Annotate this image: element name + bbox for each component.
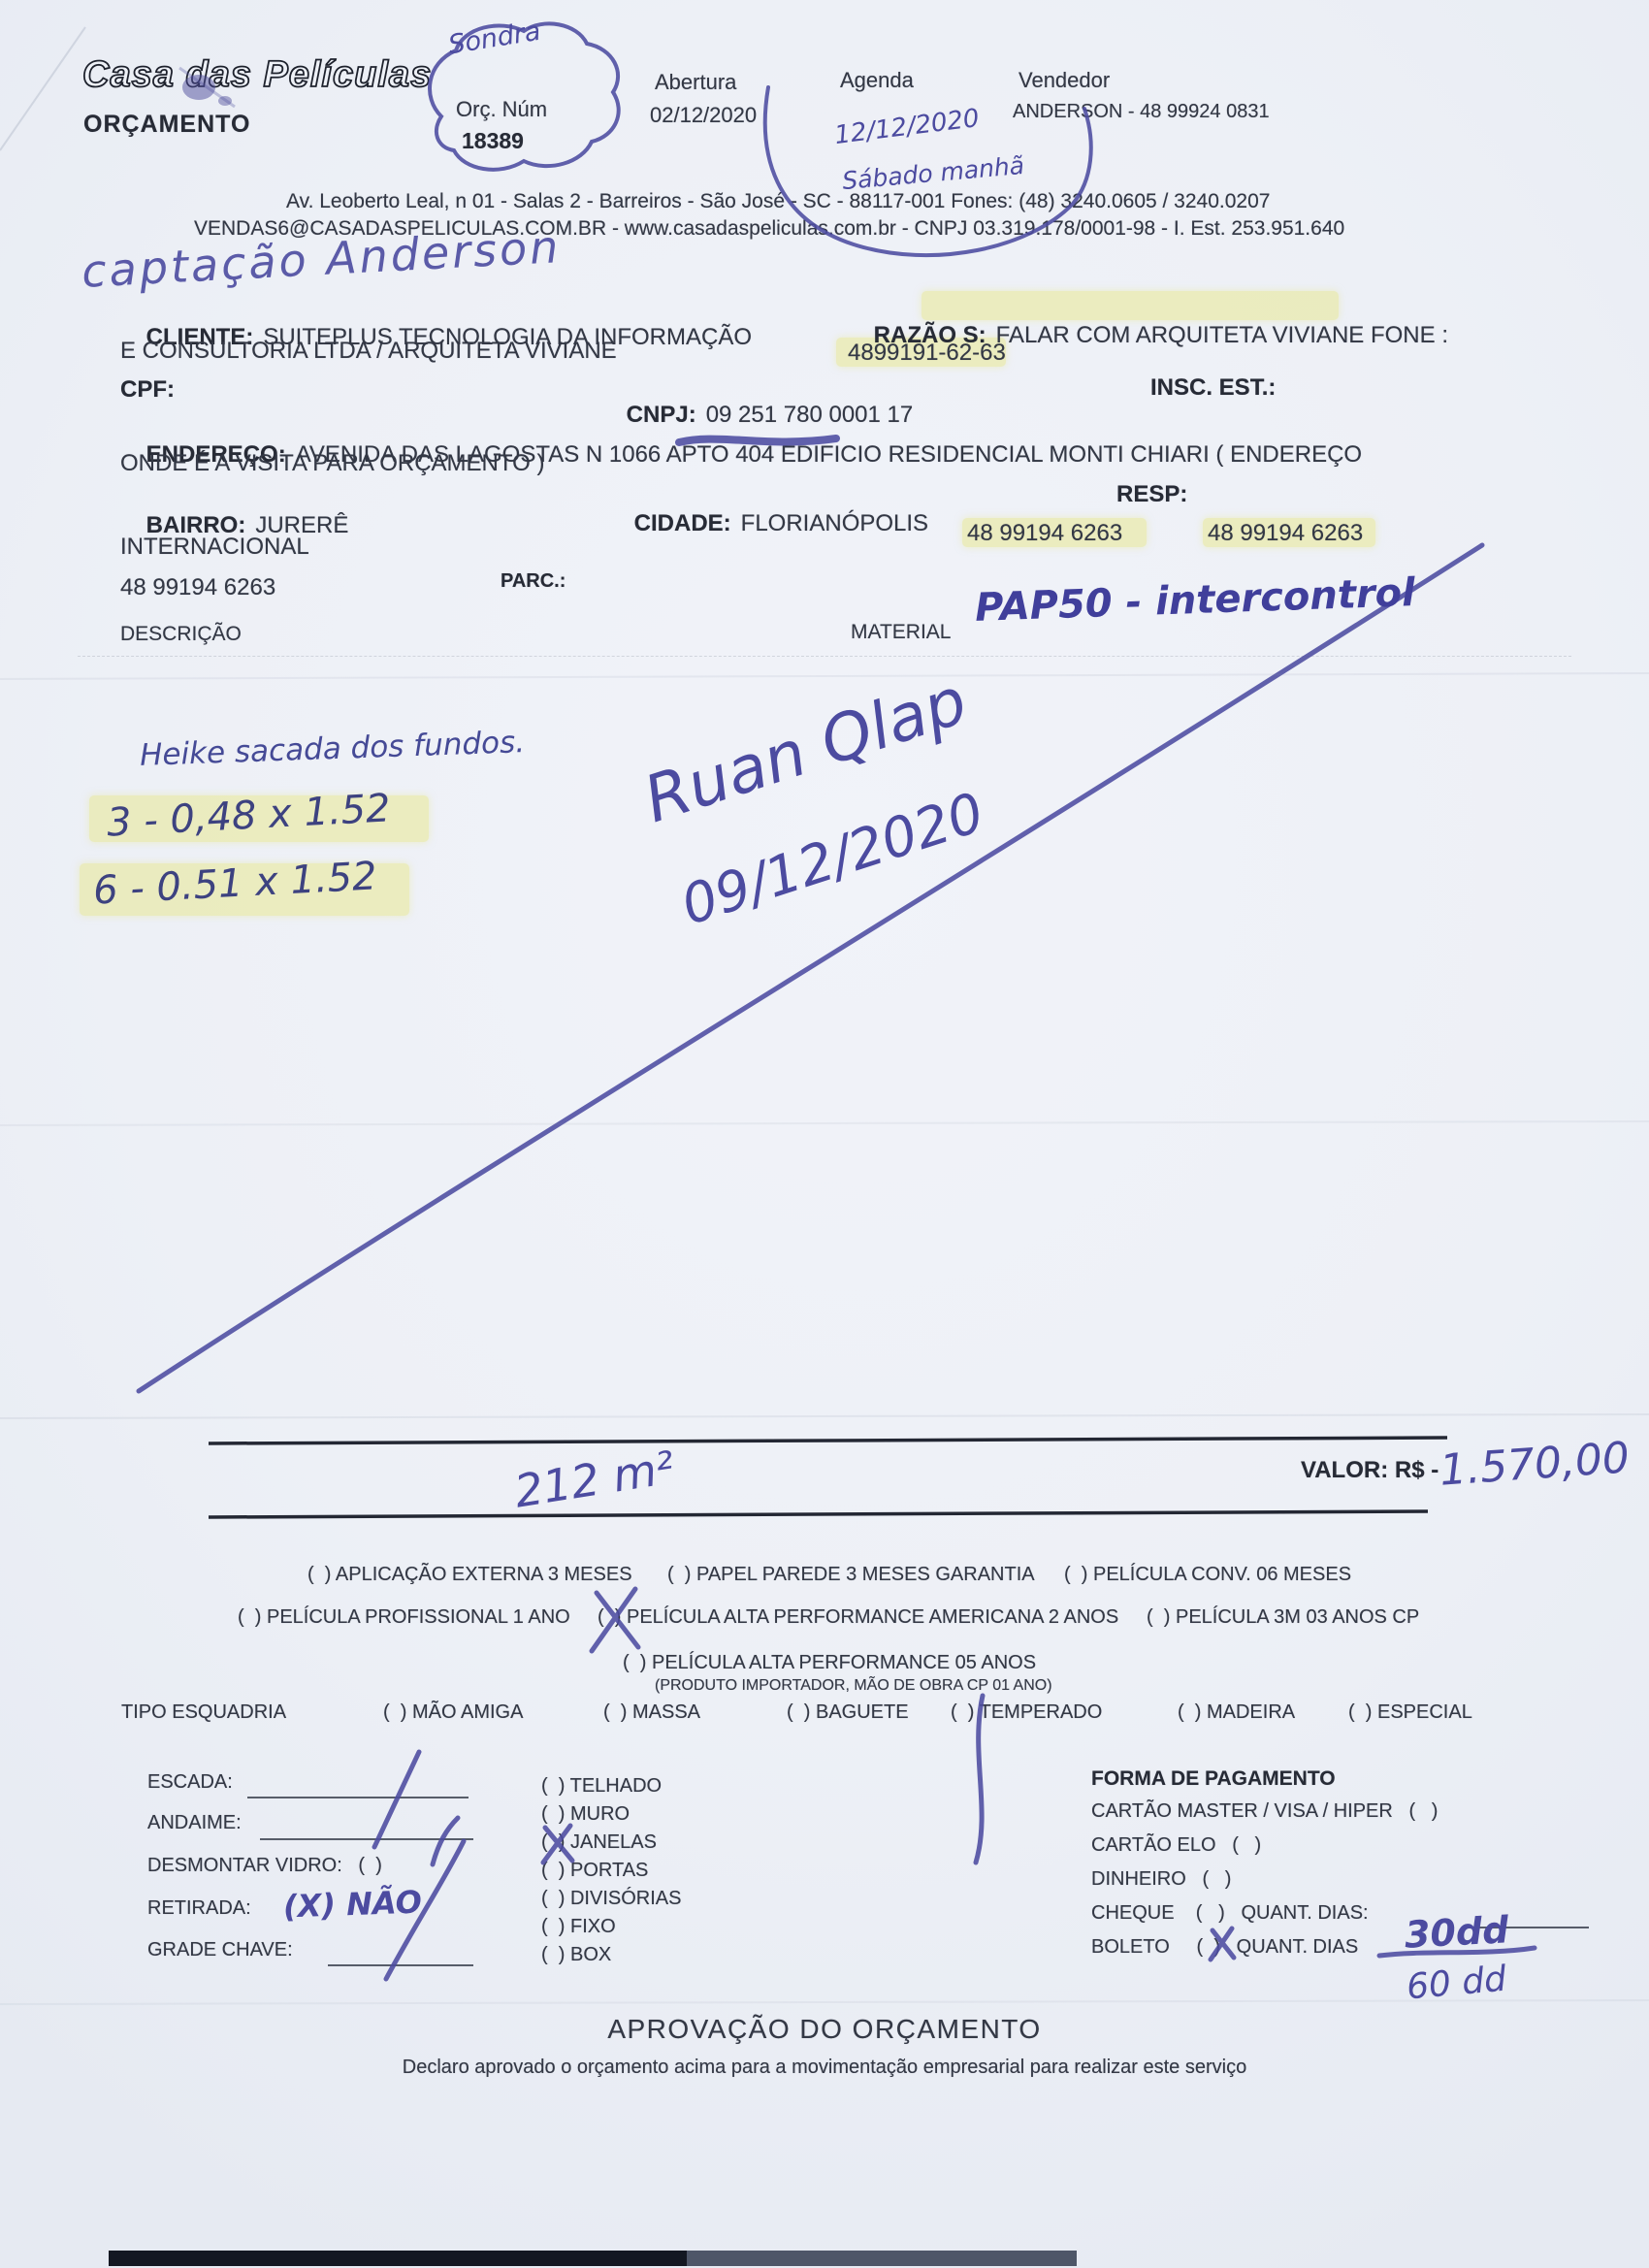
- payment-title: FORMA DE PAGAMENTO: [1091, 1767, 1336, 1791]
- retirada-field: RETIRADA:: [147, 1897, 251, 1920]
- warranty-option-pelicula-conv: ( ) PELÍCULA CONV. 06 MESES: [1064, 1564, 1351, 1586]
- bairro-phone: 48 99194 6263: [120, 574, 275, 601]
- scan-edge-bar-dark: [109, 2251, 687, 2266]
- company-address: Av. Leoberto Leal, n 01 - Salas 2 - Barr…: [286, 190, 1270, 213]
- scan-edge-bar-light: [687, 2251, 1077, 2266]
- valor-rule-bottom: [209, 1511, 1428, 1517]
- company-logo: Casa das Películas: [82, 54, 432, 96]
- material-label: MATERIAL: [851, 621, 951, 644]
- checkbox-portas: ( ) PORTAS: [541, 1860, 648, 1882]
- abertura-label: Abertura: [655, 70, 736, 95]
- tipo-option-mao-amiga: ( ) MÃO AMIGA: [383, 1701, 523, 1724]
- tipo-option-madeira: ( ) MADEIRA: [1178, 1701, 1295, 1724]
- endereco-value-line2: ONDE É A VISITA PARA ORÇAMENTO ): [120, 450, 544, 477]
- valor-rule-top: [209, 1438, 1447, 1443]
- checkbox-muro: ( ) MURO: [541, 1803, 630, 1826]
- desmontar-check-stroke: [433, 1818, 458, 1864]
- vendedor-label: Vendedor: [1018, 68, 1110, 93]
- descricao-label: DESCRIÇÃO: [120, 623, 242, 646]
- resp-label: RESP:: [1116, 481, 1187, 508]
- andaime-field: ANDAIME:: [147, 1812, 242, 1834]
- parc-label: PARC.:: [501, 570, 566, 593]
- tipo-esquadria-label: TIPO ESQUADRIA: [121, 1701, 286, 1724]
- checkbox-divisorias: ( ) DIVISÓRIAS: [541, 1888, 681, 1910]
- valor-label: VALOR: R$ -: [1301, 1457, 1439, 1484]
- handwritten-area: 212 m²: [511, 1441, 678, 1517]
- warranty-option-alta-performance-05: ( ) PELÍCULA ALTA PERFORMANCE 05 ANOS: [623, 1652, 1036, 1674]
- handwritten-agenda-date: 12/12/2020: [833, 104, 981, 150]
- handwritten-valor: 1.570,00: [1438, 1433, 1631, 1496]
- tipo-option-massa: ( ) MASSA: [603, 1701, 700, 1724]
- cidade-value: FLORIANÓPOLIS: [741, 510, 928, 536]
- payment-cartao-master: CARTÃO MASTER / VISA / HIPER ( ): [1091, 1800, 1438, 1823]
- checkbox-box: ( ) BOX: [541, 1944, 611, 1966]
- cpf-label: CPF:: [120, 376, 175, 404]
- tipo-option-baguete: ( ) BAGUETE: [787, 1701, 909, 1724]
- handwritten-retirada-answer: (X) NÃO: [282, 1884, 422, 1926]
- vendedor-value: ANDERSON - 48 99924 0831: [1013, 101, 1270, 123]
- approval-title: APROVAÇÃO DO ORÇAMENTO: [0, 2014, 1649, 2045]
- handwritten-captacao: captação Anderson: [81, 220, 563, 298]
- order-number-value: 18389: [462, 128, 524, 154]
- approval-text: Declaro aprovado o orçamento acima para …: [0, 2057, 1649, 2079]
- andaime-underline: [260, 1838, 473, 1840]
- escada-underline: [247, 1797, 469, 1798]
- tipo-option-especial: ( ) ESPECIAL: [1348, 1701, 1472, 1724]
- escada-slash-stroke: [374, 1752, 419, 1847]
- handwritten-boleto-days: 30dd: [1404, 1908, 1509, 1957]
- valor-rules: [209, 1438, 1447, 1517]
- handwritten-name-cloud: Sondra: [446, 16, 542, 61]
- razao-value: FALAR COM ARQUITETA VIVIANE FONE :: [996, 322, 1448, 348]
- warranty-option-aplicacao-externa: ( ) APLICAÇÃO EXTERNA 3 MESES: [307, 1564, 632, 1586]
- cidade-row: CIDADE:FLORIANÓPOLIS: [608, 483, 928, 565]
- scanned-budget-form: Casa das Películas ORÇAMENTO Sondra Orç.…: [0, 0, 1649, 2268]
- escada-field: ESCADA:: [147, 1771, 233, 1794]
- handwritten-agenda-period: Sábado manhã: [841, 151, 1025, 195]
- warranty-option-papel-parede: ( ) PAPEL PAREDE 3 MESES GARANTIA: [667, 1564, 1035, 1586]
- bairro-value-line2: INTERNACIONAL: [120, 534, 309, 561]
- desmontar-vidro-field: DESMONTAR VIDRO: ( ): [147, 1855, 382, 1877]
- handwritten-material: PAP50 - intercontrol: [974, 570, 1415, 631]
- insc-est-label: INSC. EST.:: [1150, 374, 1276, 402]
- checkbox-janelas: ( ) JANELAS: [541, 1831, 657, 1854]
- checkbox-fixo: ( ) FIXO: [541, 1916, 616, 1938]
- handwritten-note-title: Heike sacada dos fundos.: [139, 725, 525, 773]
- cidade-label: CIDADE:: [634, 510, 731, 536]
- grade-chave-underline: [328, 1964, 473, 1966]
- grade-chave-field: GRADE CHAVE:: [147, 1939, 293, 1961]
- payment-cartao-elo: CARTÃO ELO ( ): [1091, 1834, 1261, 1857]
- tipo-option-temperado: ( ) TEMPERADO: [951, 1701, 1102, 1724]
- warranty-option-05-subtext: (PRODUTO IMPORTADOR, MÃO DE OBRA CP 01 A…: [655, 1677, 1052, 1695]
- abertura-date: 02/12/2020: [650, 103, 757, 128]
- razao-phone: 4899191-62-63: [848, 340, 1006, 367]
- long-diagonal-stroke: [139, 545, 1482, 1391]
- payment-cheque: CHEQUE ( ) QUANT. DIAS:: [1091, 1902, 1369, 1925]
- payment-boleto: BOLETO ( ) QUANT. DIAS: [1091, 1936, 1358, 1959]
- warranty-option-alta-performance-americana: ( ) PELÍCULA ALTA PERFORMANCE AMERICANA …: [598, 1606, 1118, 1629]
- cliente-value-line2: E CONSULTORIA LTDA / ARQUITETA VIVIANE: [120, 338, 617, 365]
- agenda-label: Agenda: [840, 68, 914, 93]
- warranty-option-profissional: ( ) PELÍCULA PROFISSIONAL 1 ANO: [238, 1606, 570, 1629]
- handwritten-boleto-days2: 60 dd: [1405, 1960, 1507, 2008]
- resp-phone1: 48 99194 6263: [967, 520, 1122, 547]
- doc-type-title: ORÇAMENTO: [83, 111, 250, 139]
- resp-phone2: 48 99194 6263: [1208, 520, 1363, 547]
- order-number-label: Orç. Núm: [456, 97, 547, 122]
- descricao-separator: [78, 656, 1571, 657]
- checkbox-telhado: ( ) TELHADO: [541, 1775, 662, 1798]
- warranty-option-3m: ( ) PELÍCULA 3M 03 ANOS CP: [1147, 1606, 1419, 1629]
- payment-dinheiro: DINHEIRO ( ): [1091, 1868, 1231, 1891]
